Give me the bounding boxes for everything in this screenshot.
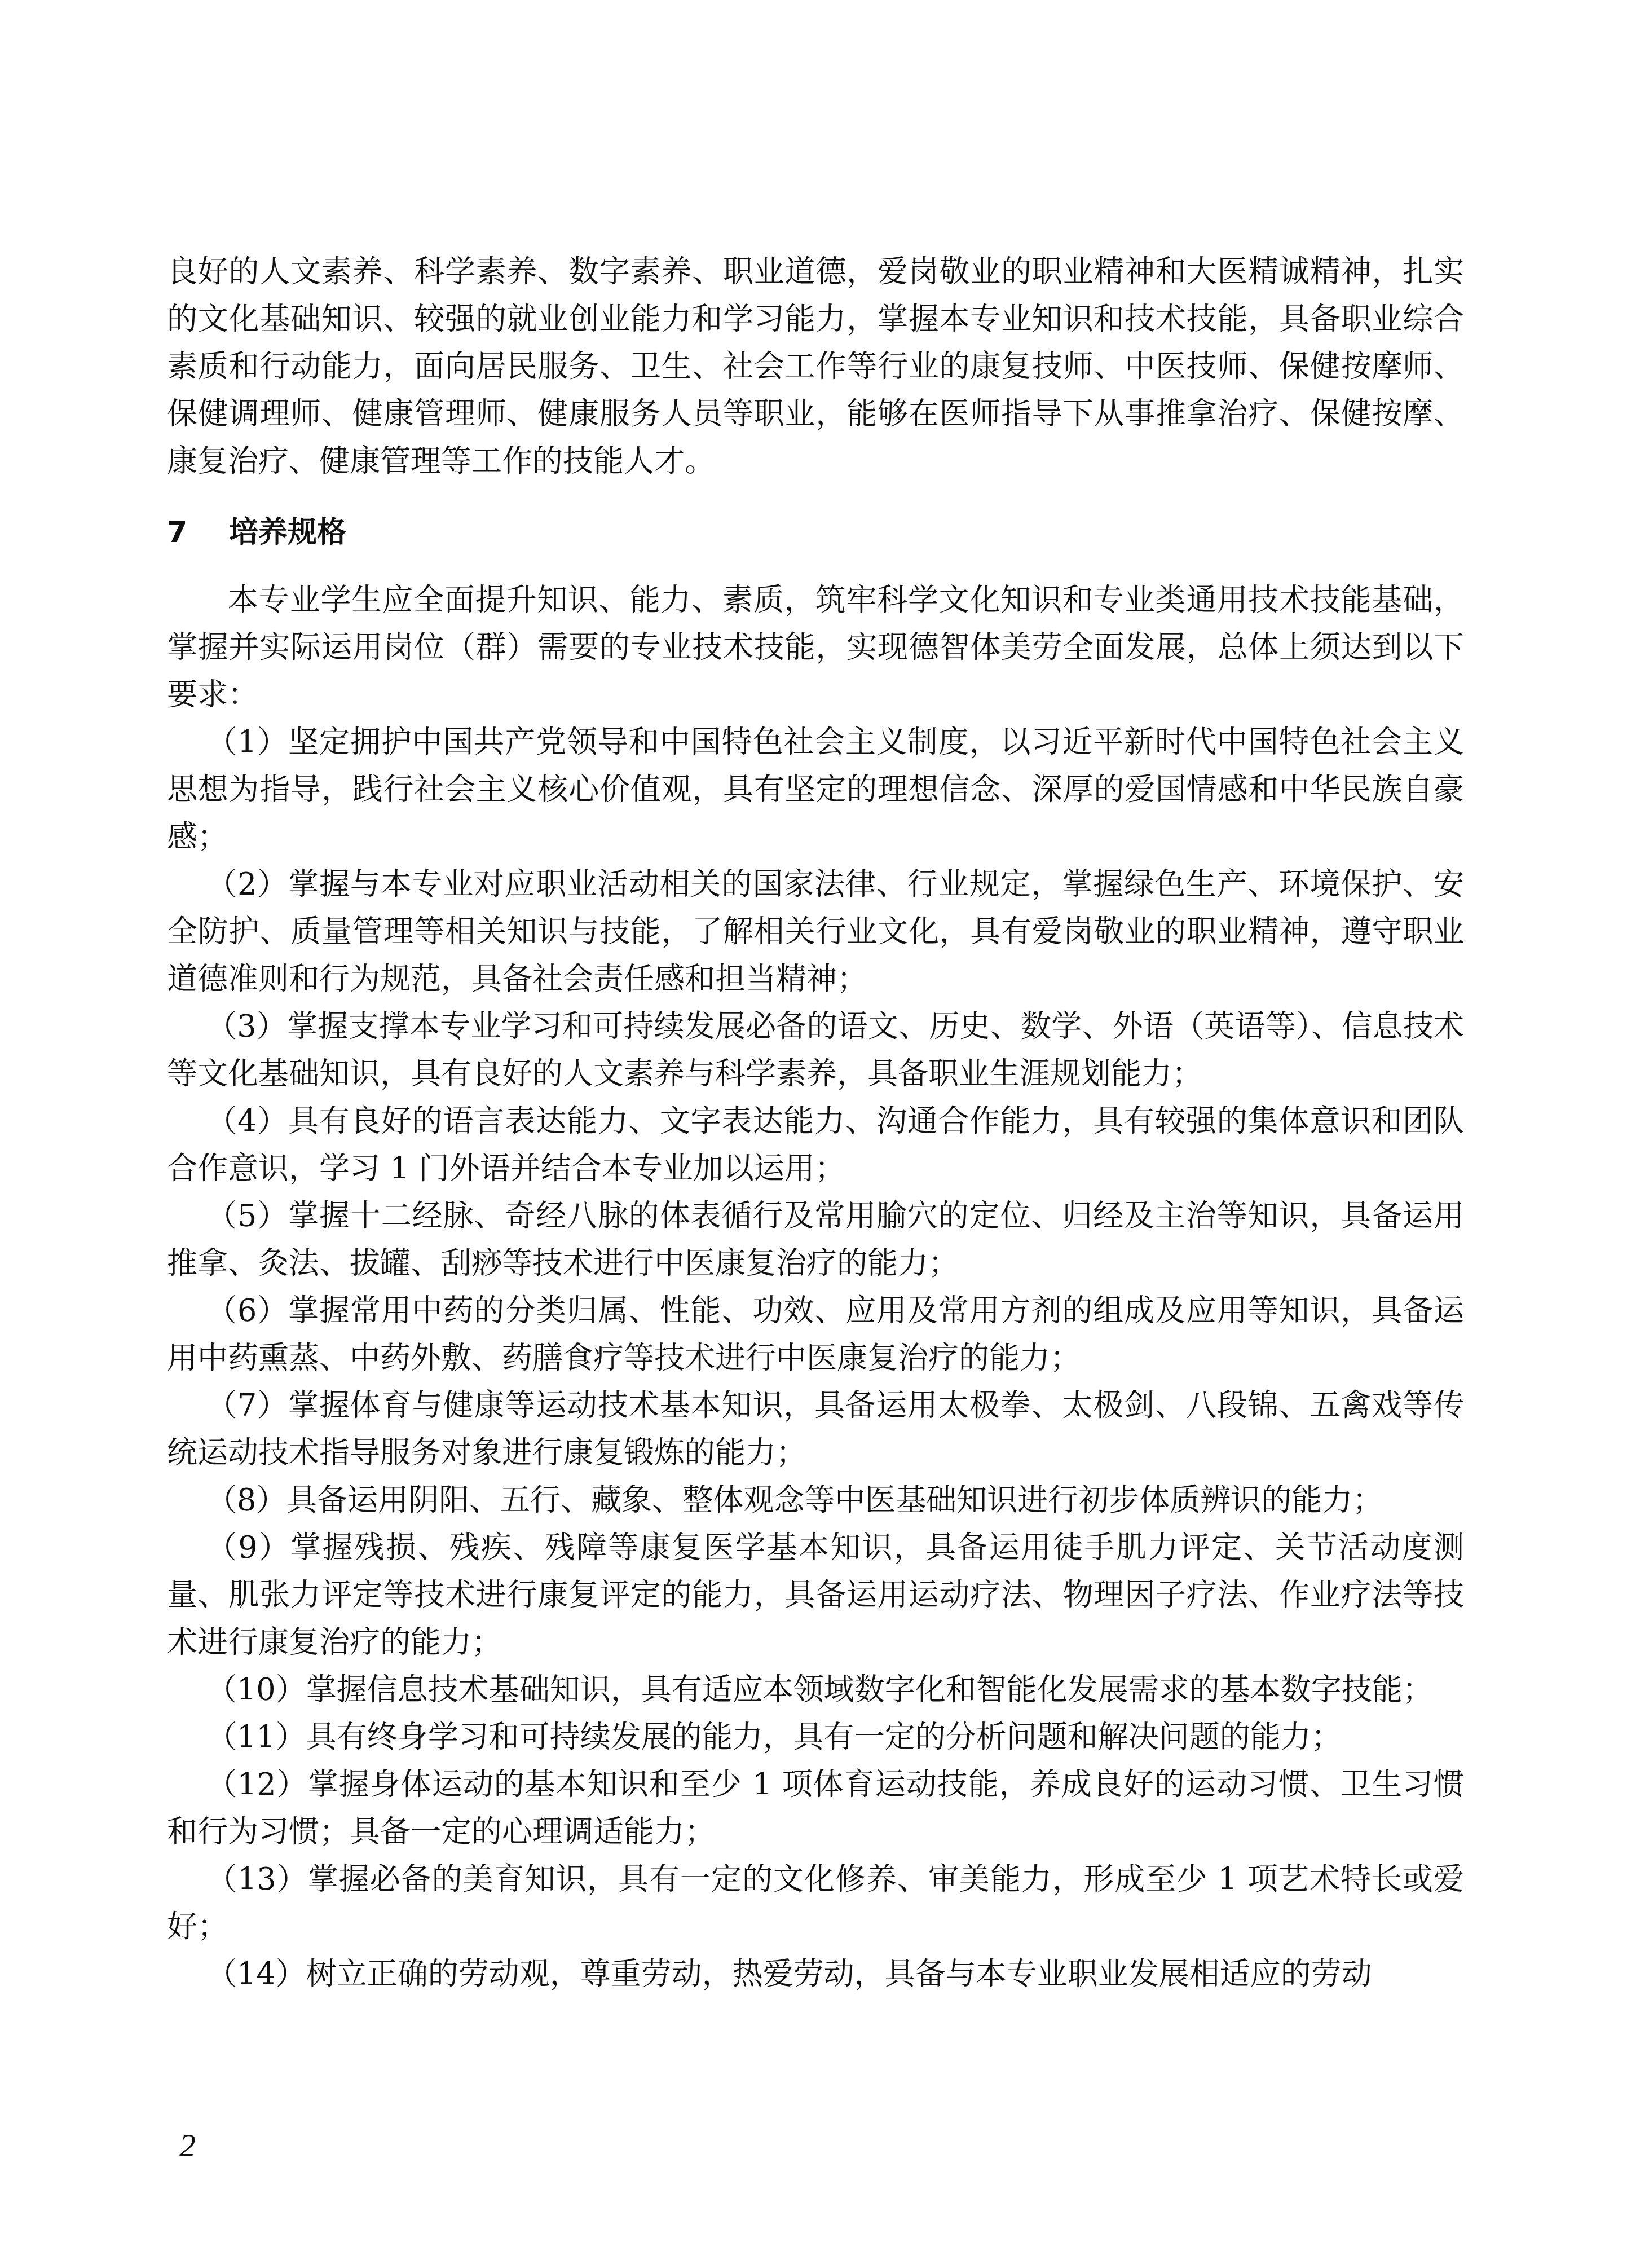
list-item: （13）掌握必备的美育知识，具有一定的文化修养、审美能力，形成至少 1 项艺术特… [167, 1856, 1464, 1950]
requirements-list: （1）坚定拥护中国共产党领导和中国特色社会主义制度，以习近平新时代中国特色社会主… [167, 719, 1464, 1998]
section-title: 培养规格 [229, 516, 346, 549]
opening-paragraph: 良好的人文素养、科学素养、数字素养、职业道德，爱岗敬业的职业精神和大医精诚精神，… [167, 248, 1464, 485]
list-item: （1）坚定拥护中国共产党领导和中国特色社会主义制度，以习近平新时代中国特色社会主… [167, 719, 1464, 861]
list-item: （4）具有良好的语言表达能力、文字表达能力、沟通合作能力，具有较强的集体意识和团… [167, 1098, 1464, 1192]
list-item: （14）树立正确的劳动观，尊重劳动，热爱劳动，具备与本专业职业发展相适应的劳动 [167, 1950, 1464, 1998]
section-intro: 本专业学生应全面提升知识、能力、素质，筑牢科学文化知识和专业类通用技术技能基础，… [167, 576, 1464, 719]
page-number: 2 [179, 2126, 196, 2164]
list-item: （6）掌握常用中药的分类归属、性能、功效、应用及常用方剂的组成及应用等知识，具备… [167, 1287, 1464, 1382]
section-heading: 7培养规格 [167, 509, 1464, 556]
list-item: （11）具有终身学习和可持续发展的能力，具有一定的分析问题和解决问题的能力； [167, 1714, 1464, 1761]
document-page: 良好的人文素养、科学素养、数字素养、职业道德，爱岗敬业的职业精神和大医精诚精神，… [167, 248, 1464, 1998]
list-item: （10）掌握信息技术基础知识，具有适应本领域数字化和智能化发展需求的基本数字技能… [167, 1666, 1464, 1714]
list-item: （5）掌握十二经脉、奇经八脉的体表循行及常用腧穴的定位、归经及主治等知识，具备运… [167, 1192, 1464, 1287]
list-item: （12）掌握身体运动的基本知识和至少 1 项体育运动技能，养成良好的运动习惯、卫… [167, 1761, 1464, 1856]
list-item: （8）具备运用阴阳、五行、藏象、整体观念等中医基础知识进行初步体质辨识的能力； [167, 1477, 1464, 1524]
list-item: （3）掌握支撑本专业学习和可持续发展必备的语文、历史、数学、外语（英语等）、信息… [167, 1003, 1464, 1098]
section-number: 7 [167, 509, 229, 556]
list-item: （9）掌握残损、残疾、残障等康复医学基本知识，具备运用徒手肌力评定、关节活动度测… [167, 1524, 1464, 1666]
list-item: （2）掌握与本专业对应职业活动相关的国家法律、行业规定，掌握绿色生产、环境保护、… [167, 861, 1464, 1003]
list-item: （7）掌握体育与健康等运动技术基本知识，具备运用太极拳、太极剑、八段锦、五禽戏等… [167, 1382, 1464, 1477]
